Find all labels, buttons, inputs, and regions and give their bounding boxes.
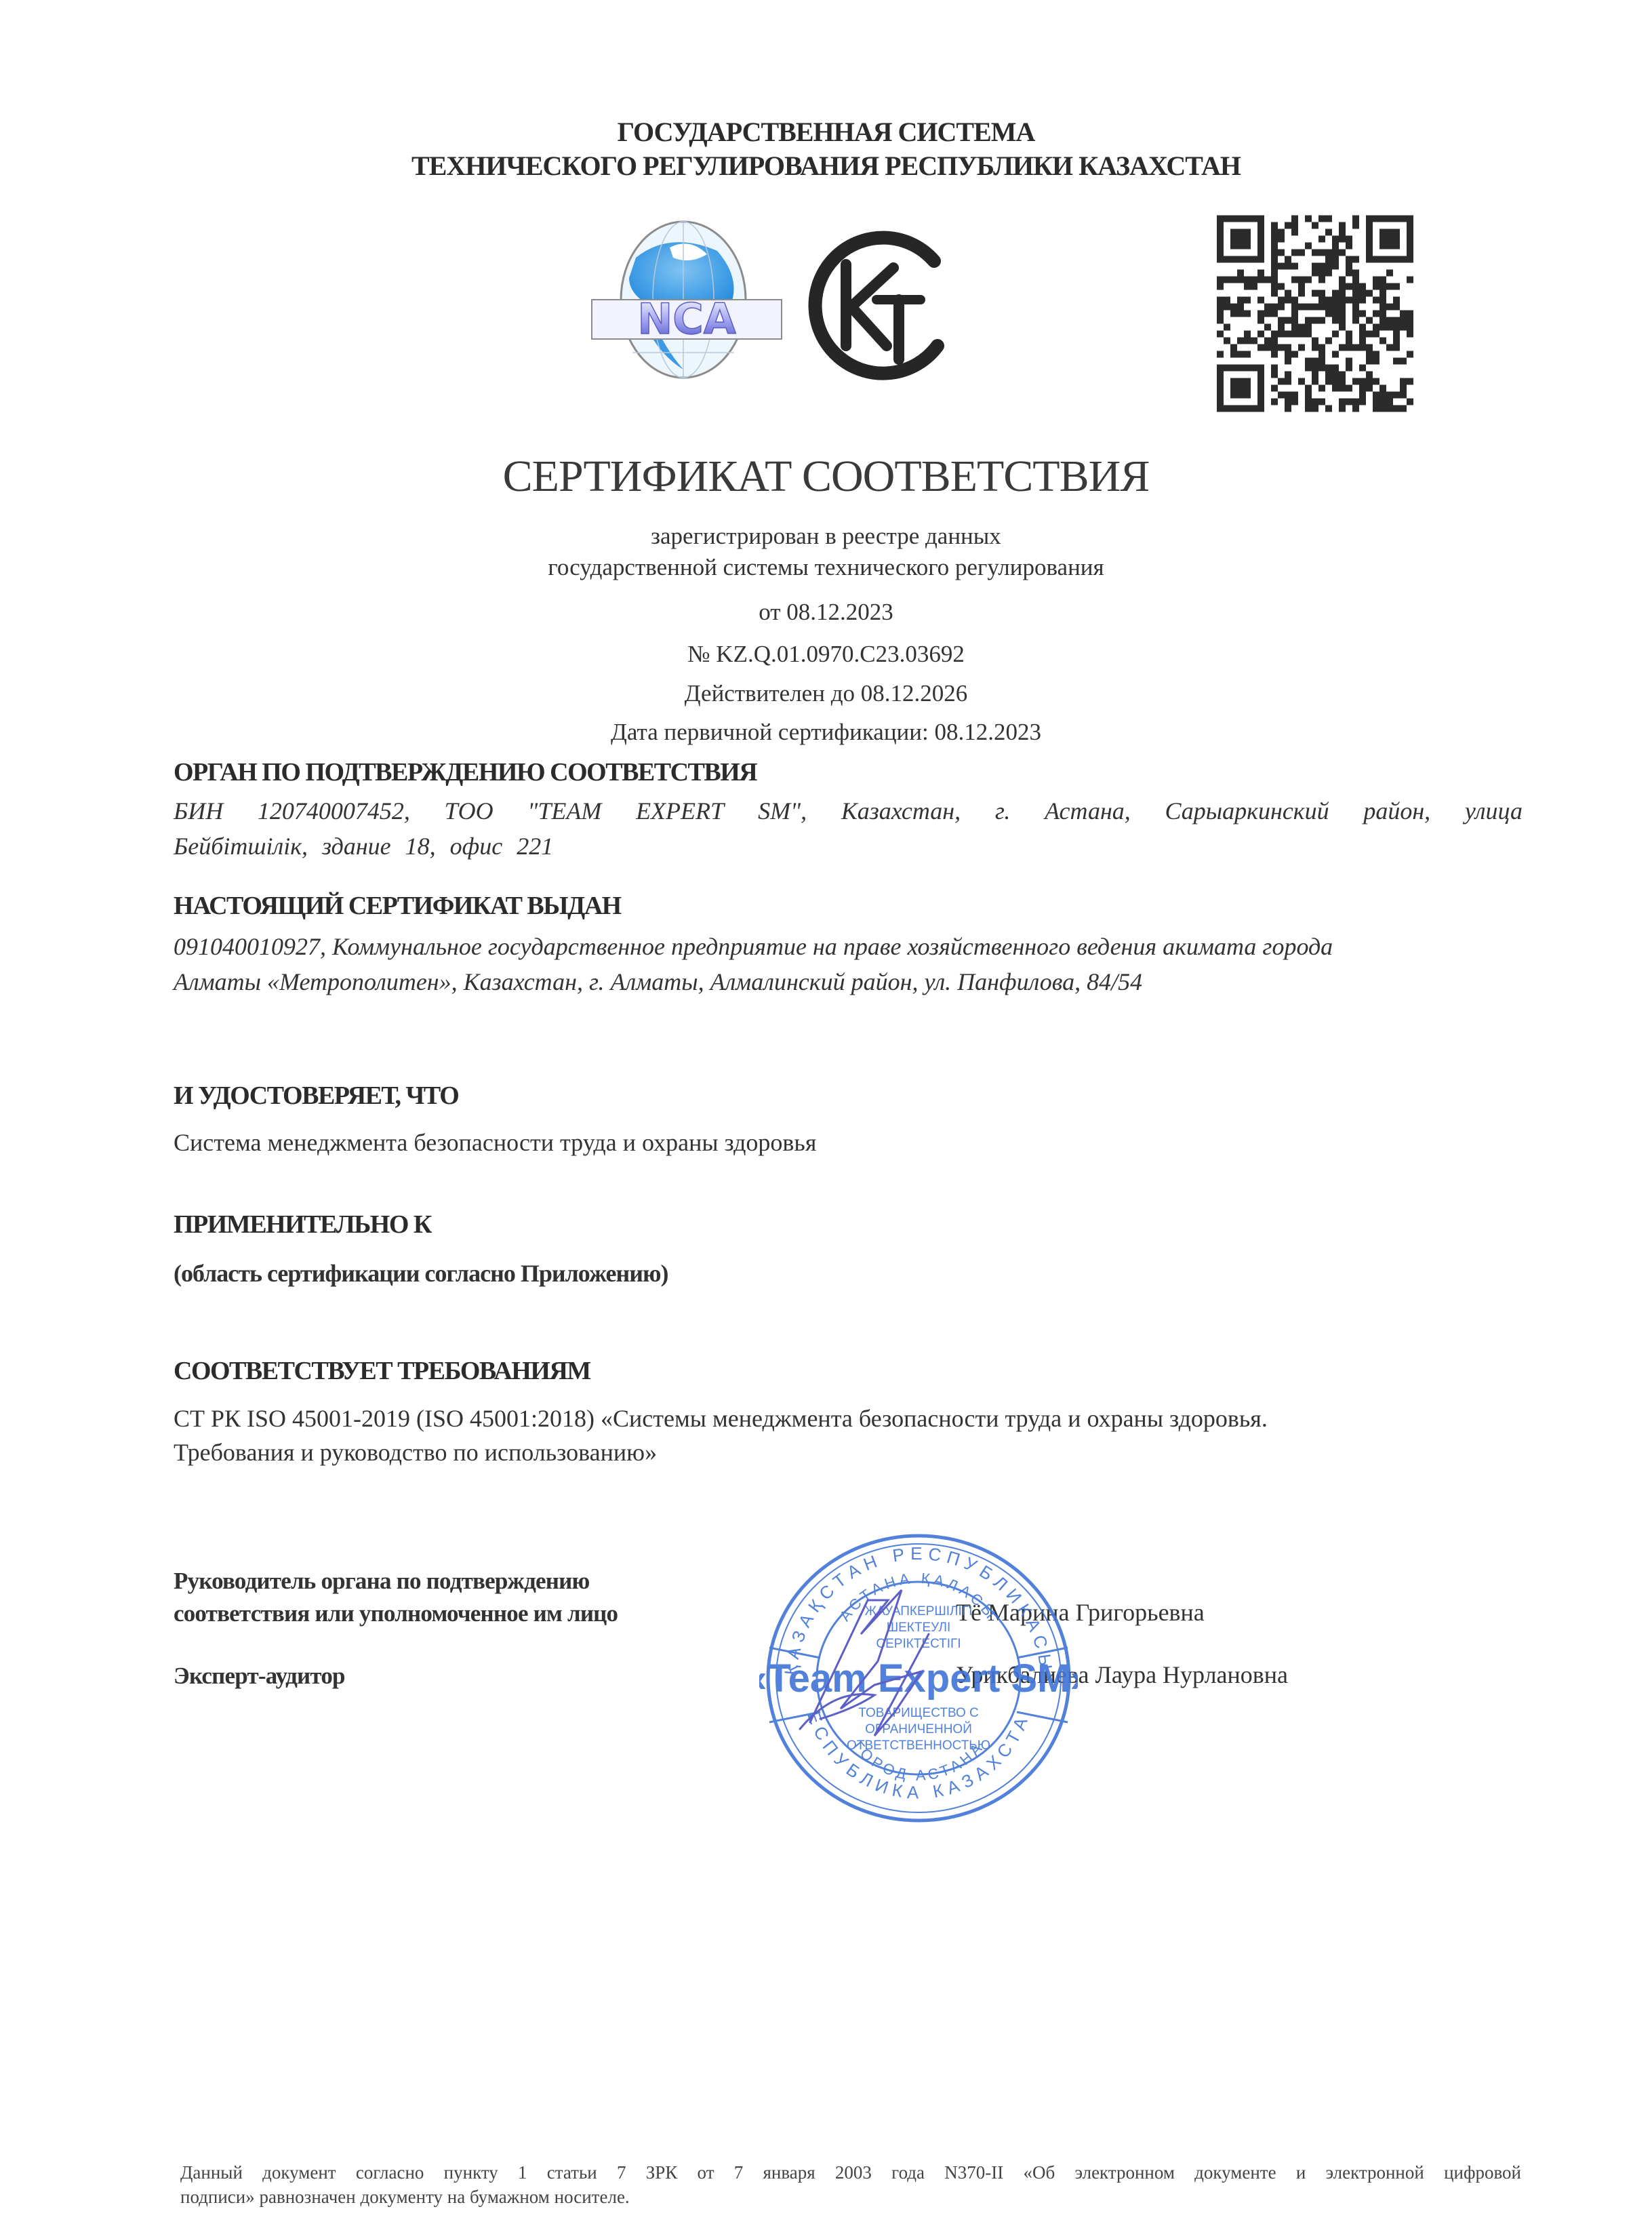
svg-text:«Team Expert SM»: «Team Expert SM» <box>759 1656 1078 1701</box>
section-heading-applicable: ПРИМЕНИТЕЛЬНО К <box>174 1210 431 1239</box>
registered-line-1: зарегистрирован в реестре данных <box>0 521 1652 552</box>
stamp-icon: ҚАЗАҚСТАН РЕСПУБЛИКАСЫ АСТАНА ҚАЛАСЫ РЕС… <box>759 1526 1078 1824</box>
issued-to-line-1: 091040010927, Коммунальное государственн… <box>174 926 1333 967</box>
footer-line-2: подписи» равнозначен документу на бумажн… <box>180 2185 630 2209</box>
certificate-title: СЕРТИФИКАТ СООТВЕТСТВИЯ <box>0 451 1652 502</box>
valid-until: Действителен до 08.12.2026 <box>0 678 1652 709</box>
kz-conformity-mark <box>799 224 961 386</box>
head-label-line-1: Руководитель органа по подтверждению <box>174 1565 618 1597</box>
qr-code <box>1217 214 1413 414</box>
certifies-text: Система менеджмента безопасности труда и… <box>174 1122 816 1163</box>
svg-text:ТОВАРИЩЕСТВО С: ТОВАРИЩЕСТВО С <box>858 1706 979 1720</box>
svg-text:NCA: NCA <box>637 294 736 344</box>
head-of-body-label: Руководитель органа по подтверждению соо… <box>174 1565 618 1630</box>
requirements-line-2: Требования и руководство по использовани… <box>174 1432 657 1473</box>
header-line-2: ТЕХНИЧЕСКОГО РЕГУЛИРОВАНИЯ РЕСПУБЛИКИ КА… <box>0 149 1652 183</box>
issued-to-line-2: Алматы «Метрополитен», Казахстан, г. Алм… <box>174 961 1142 1002</box>
kt-mark-icon <box>799 224 961 386</box>
certification-body-line-2: Бейбітшілік, здание 18, офис 221 <box>174 826 553 867</box>
nca-logo: NCA <box>588 217 792 386</box>
head-label-line-2: соответствия или уполномоченное им лицо <box>174 1597 618 1630</box>
section-heading-certification-body: ОРГАН ПО ПОДТВЕРЖДЕНИЮ СООТВЕТСТВИЯ <box>174 757 757 787</box>
first-certification-date: Дата первичной сертификации: 08.12.2023 <box>0 717 1652 748</box>
company-stamp: ҚАЗАҚСТАН РЕСПУБЛИКАСЫ АСТАНА ҚАЛАСЫ РЕС… <box>759 1526 1078 1824</box>
svg-text:СЕРІКТЕСТІГІ: СЕРІКТЕСТІГІ <box>876 1637 961 1651</box>
nca-globe-icon: NCA <box>588 217 792 386</box>
qr-code-icon <box>1217 214 1413 414</box>
svg-text:ШЕКТЕУЛІ: ШЕКТЕУЛІ <box>887 1621 951 1635</box>
auditor-label: Эксперт-аудитор <box>174 1656 345 1696</box>
registered-line-2: государственной системы технического рег… <box>0 552 1652 583</box>
certification-body-line-1: БИН 120740007452, ТОО "TEAM EXPERT SM", … <box>174 791 1523 831</box>
header-line-1: ГОСУДАРСТВЕННАЯ СИСТЕМА <box>0 115 1652 149</box>
certificate-number: № KZ.Q.01.0970.C23.03692 <box>0 639 1652 670</box>
applicable-text: (область сертификации согласно Приложени… <box>174 1253 668 1294</box>
certificate-date: от 08.12.2023 <box>0 597 1652 628</box>
section-heading-certifies: И УДОСТОВЕРЯЕТ, ЧТО <box>174 1081 458 1111</box>
svg-text:ОТВЕТСТВЕННОСТЬЮ: ОТВЕТСТВЕННОСТЬЮ <box>847 1738 990 1753</box>
section-heading-requirements: СООТВЕТСТВУЕТ ТРЕБОВАНИЯМ <box>174 1356 590 1386</box>
section-heading-issued-to: НАСТОЯЩИЙ СЕРТИФИКАТ ВЫДАН <box>174 891 621 921</box>
footer-line-1: Данный документ согласно пункту 1 статьи… <box>180 2160 1521 2185</box>
